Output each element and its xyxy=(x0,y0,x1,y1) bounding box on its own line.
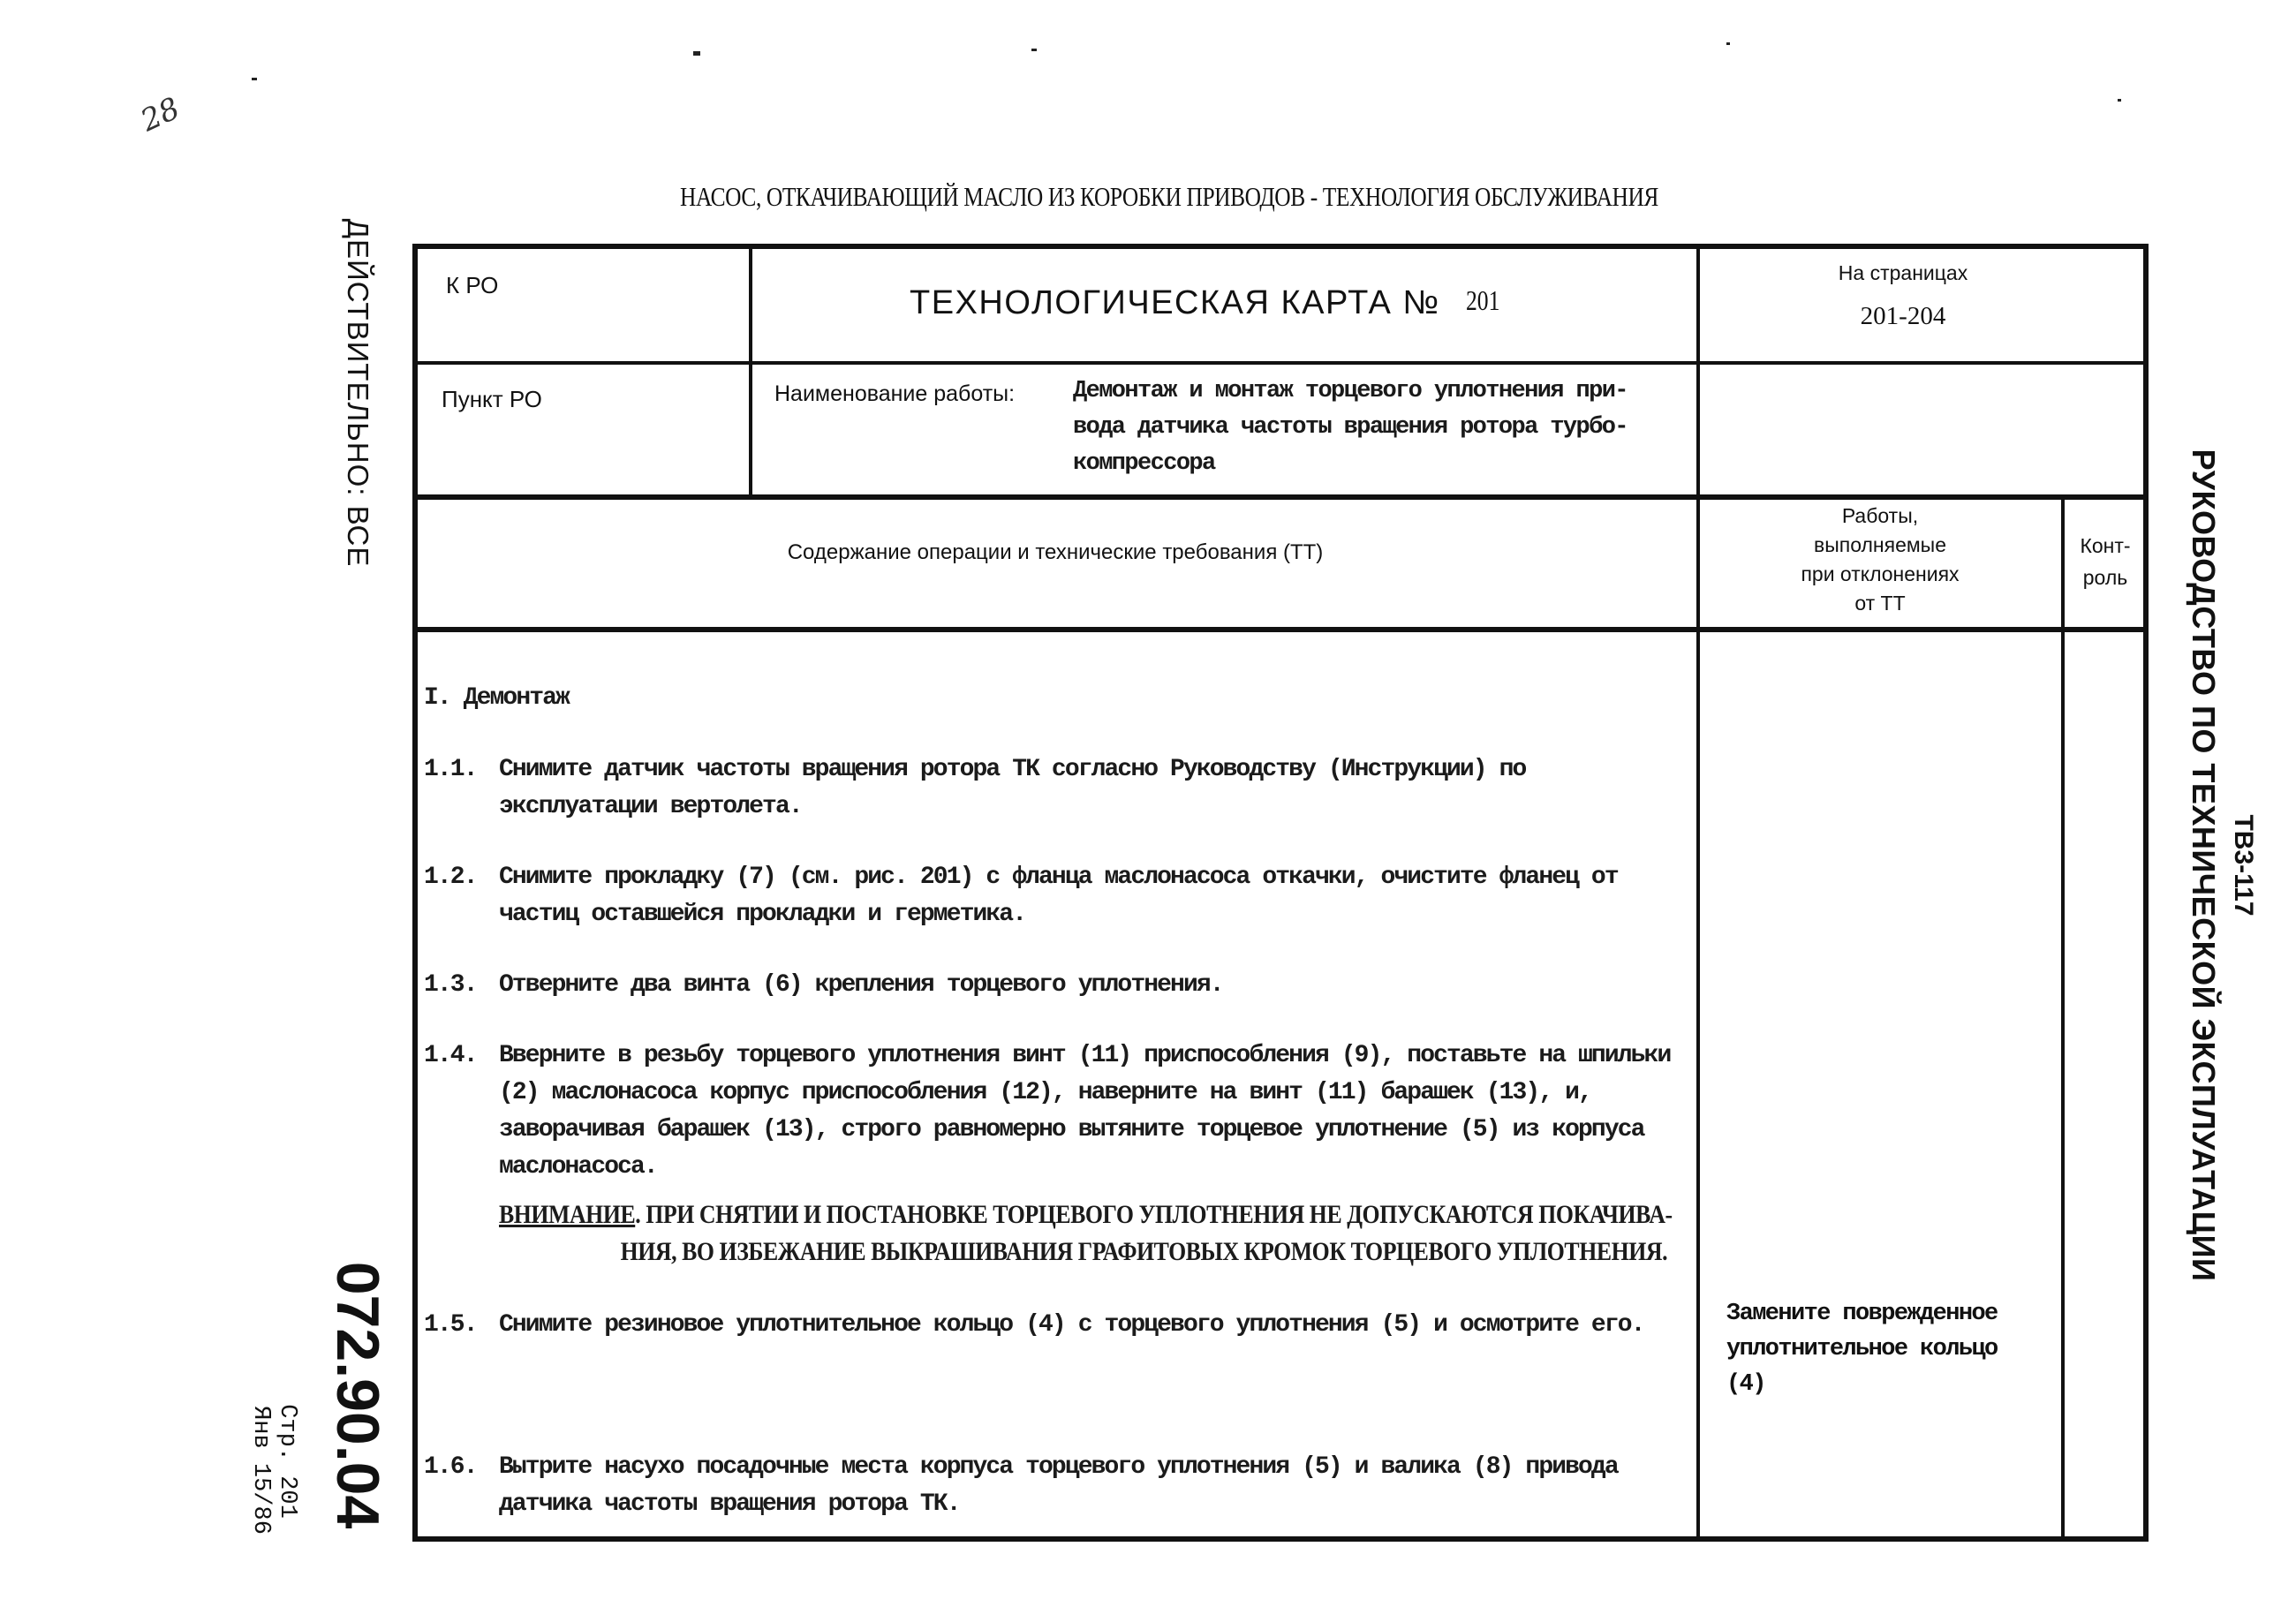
column-header-content: Содержание операции и технические требов… xyxy=(415,540,1696,565)
punkt-ro-label: Пункт РО xyxy=(442,386,542,413)
scan-speck xyxy=(693,51,700,56)
warning-note: ВНИМАНИЕ. ПРИ СНЯТИИ И ПОСТАНОВКЕ ТОРЦЕВ… xyxy=(499,1196,1684,1271)
step-number: 1.4. xyxy=(424,1037,477,1075)
table-border-top xyxy=(412,244,2149,249)
column-header-control: Конт- роль xyxy=(2066,530,2145,593)
k-ro-label: К РО xyxy=(446,272,498,299)
col-divider xyxy=(749,244,752,498)
warning-text: . ПРИ СНЯТИИ И ПОСТАНОВКЕ ТОРЦЕВОГО УПЛО… xyxy=(635,1200,1672,1229)
document-number: 072.90.04 xyxy=(318,1227,397,1563)
scan-speck xyxy=(1031,49,1037,51)
step-item: 1.6. Вытрите насухо посадочные места кор… xyxy=(424,1449,1678,1523)
scan-speck xyxy=(252,78,257,80)
work-name-label: Наименование работы: xyxy=(774,381,1015,407)
step-item: 1.3. Отверните два винта (6) крепления т… xyxy=(424,967,1678,1004)
handwritten-mark: 28 xyxy=(136,91,185,140)
validity-stamp: ДЕЙСТВИТЕЛЬНО: ВСЕ xyxy=(318,185,397,600)
col-divider xyxy=(1696,244,1700,1542)
scan-speck xyxy=(2118,99,2121,102)
col-divider xyxy=(2061,494,2065,1542)
step-item: 1.5. Снимите резиновое уплотнительное ко… xyxy=(424,1307,1678,1344)
step-text: Вверните в резьбу торцевого уплотнения в… xyxy=(499,1037,1678,1186)
row-divider xyxy=(412,627,2149,632)
card-number: 201 xyxy=(1466,284,1499,317)
step-text: Отверните два винта (6) крепления торцев… xyxy=(499,967,1678,1004)
page-header: НАСОС, ОТКАЧИВАЮЩИЙ МАСЛО ИЗ КОРОБКИ ПРИ… xyxy=(680,181,1535,213)
step-text: Снимите резиновое уплотнительное кольцо … xyxy=(499,1307,1678,1344)
column-header-deviations: Работы, выполняемые при отклонениях от Т… xyxy=(1701,502,2059,618)
work-name: Демонтаж и монтаж торцевого уплотнения п… xyxy=(1073,373,1682,482)
row-divider xyxy=(412,361,2149,365)
step-number: 1.3. xyxy=(424,967,477,1004)
row-divider xyxy=(412,494,2149,500)
step-number: 1.2. xyxy=(424,859,477,896)
table-border-right xyxy=(2143,244,2149,1542)
deviation-action: Замените поврежденное уплотнительное кол… xyxy=(1726,1296,2044,1402)
warning-text-continued: НИЯ, ВО ИЗБЕЖАНИЕ ВЫКРАШИВАНИЯ ГРАФИТОВЫ… xyxy=(499,1233,1684,1271)
scan-speck xyxy=(1726,42,1730,45)
table-border-bottom xyxy=(412,1536,2149,1542)
step-number: 1.5. xyxy=(424,1307,477,1344)
step-text: Снимите датчик частоты вращения ротора Т… xyxy=(499,751,1678,826)
warning-label: ВНИМАНИЕ xyxy=(499,1200,635,1229)
step-item: 1.4. Вверните в резьбу торцевого уплотне… xyxy=(424,1037,1678,1186)
card-title: ТЕХНОЛОГИЧЕСКАЯ КАРТА № xyxy=(910,284,1440,322)
step-text: Снимите прокладку (7) (см. рис. 201) с ф… xyxy=(499,859,1678,933)
table-border-left xyxy=(412,244,418,1542)
step-item: 1.1. Снимите датчик частоты вращения рот… xyxy=(424,751,1678,826)
engine-model: ТВ3-117 xyxy=(2217,795,2270,936)
pages-label: На страницах xyxy=(1731,261,2075,285)
step-item: 1.2. Снимите прокладку (7) (см. рис. 201… xyxy=(424,859,1678,933)
step-text: Вытрите насухо посадочные места корпуса … xyxy=(499,1449,1678,1523)
section-title: I. Демонтаж xyxy=(424,684,569,712)
step-number: 1.1. xyxy=(424,751,477,788)
pages-range: 201-204 xyxy=(1731,302,2075,331)
revision-date: Янв 15/86 xyxy=(243,1377,278,1563)
step-number: 1.6. xyxy=(424,1449,477,1486)
